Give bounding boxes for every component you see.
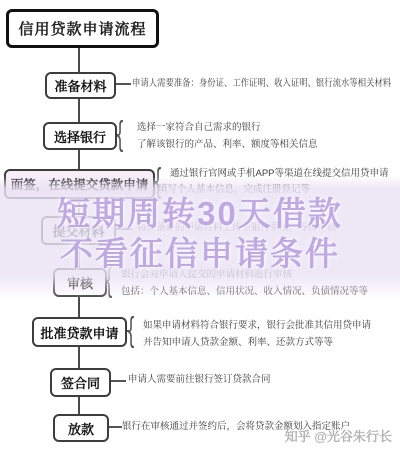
step-box-disburse: 放款	[53, 414, 109, 442]
step-label: 面签，在线提交贷款申请	[11, 175, 149, 193]
step-label: 批准贷款申请	[40, 323, 118, 342]
step-note: 选择一家符合自己需求的银行	[137, 122, 261, 134]
step-note: 包括：个人基本信息、信用状况、收入情况、负债情况等等	[121, 286, 368, 298]
step-box-review: 审核	[53, 268, 107, 297]
loan-flowchart: 信用贷款申请流程 准备材料 申请人需要准备：身份证、工作证明、收入证明、银行流水…	[0, 0, 400, 449]
step-label: 签合同	[61, 373, 100, 392]
step-box-choose-bank: 选择银行	[43, 122, 117, 150]
step-note: 如果申请材料符合银行要求，银行会批准其信用贷申请	[143, 320, 371, 332]
step-note: 填写个人基本信息，完成注册登记等	[158, 184, 310, 196]
step-box-sign-contract: 签合同	[50, 368, 111, 397]
brace-connector	[128, 313, 134, 347]
step-note: 申请人需要准备：身份证、工作证明、收入证明、银行流水等相关材料	[132, 78, 391, 90]
flowchart-title-label: 信用贷款申请流程	[18, 18, 146, 39]
step-note: 申请人需要前往银行签订贷款合同	[128, 374, 271, 386]
step-label: 放款	[68, 419, 94, 438]
step-box-submit-materials: 提交材料	[41, 216, 116, 245]
step-label: 选择银行	[54, 127, 106, 146]
brace-connector	[117, 117, 123, 151]
step-note: 通过银行官网或手机APP等渠道在线提交信用贷申请	[170, 168, 389, 180]
step-box-online-submit: 面签，在线提交贷款申请	[4, 169, 155, 199]
step-label: 审核	[67, 273, 93, 292]
step-note: 将准备好的申请材料上传至银行系统，等待审核	[137, 222, 337, 234]
step-note: 银行会对申请人提交的申请材料进行审核	[121, 269, 292, 281]
flowchart-title: 信用贷款申请流程	[6, 9, 159, 48]
step-box-approve-loan: 批准贷款申请	[32, 317, 127, 347]
step-note: 了解该银行的产品、利率、额度等相关信息	[137, 139, 318, 151]
step-label: 准备材料	[54, 76, 106, 95]
step-note: 并告知申请人贷款金额、利率、还款方式等等	[143, 337, 333, 349]
step-note: 银行在审核通过并签约后，会将贷款金额划入指定账户	[122, 421, 350, 433]
step-label: 提交材料	[52, 221, 104, 240]
step-box-prepare-materials: 准备材料	[45, 72, 116, 99]
